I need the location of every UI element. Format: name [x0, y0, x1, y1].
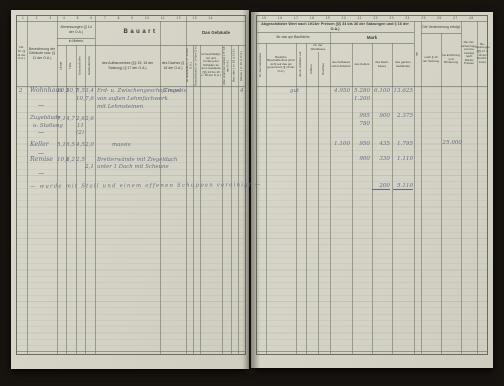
entry-dim: 6,5 — [66, 142, 75, 148]
header-qm-narrow: qm — [414, 21, 421, 86]
entry-klasse-mark: 4 — [240, 88, 243, 94]
header-mark-keller: des Kellers — [352, 43, 372, 86]
entry-dim: 4,7 — [66, 116, 75, 122]
entry-dim: 6,5 — [76, 88, 84, 94]
header-bauart: Bauart — [95, 21, 186, 45]
entry-bauart-line3: mit Lehmsteinen — [97, 104, 143, 110]
header-erhoehung-minderung: bei Erhöhung und Minderung — [441, 33, 461, 86]
entry-wert: 900 — [352, 156, 370, 162]
entry-dim: 4,5 — [76, 142, 84, 148]
entry-dach-ziegel: Ziegel — [164, 88, 181, 94]
entry-wert: 5.280 — [352, 88, 370, 94]
header-klasse: Klasse (§ 18 d. O.A.) — [238, 45, 246, 86]
entry-dim: 10,1 — [57, 157, 65, 163]
header-bezeichnung: Bezeichnung der Gebäude usw. (§ 11 der O… — [27, 21, 57, 86]
entry-dim: 10, — [76, 96, 84, 102]
header-mark-aufbau: des Aufbaues nebst Zubehör — [330, 43, 352, 86]
entry-bauart-line2: unter 1 Dach mit Scheune — [97, 164, 169, 170]
entry-dim: 10,7 — [66, 88, 75, 94]
entry-wert-gesamt: 1.110 — [393, 156, 413, 162]
header-mark: Mark — [330, 32, 414, 43]
header-abmessungen: Abmessungen (§ 14 der O.A.) — [57, 21, 95, 38]
entry-ditto: — — [38, 170, 44, 177]
header-wertklasse: Nr. der Wertklasse — [306, 43, 330, 52]
entry-bauart-line1: Bretterwände mit Ziegeldach — [97, 157, 177, 163]
ledger-scan: 1 2 3 4 5 6 7 8 9 10 11 12 13 14 Lfd. Nr… — [0, 0, 504, 386]
entry-dim: (2) — [76, 130, 84, 136]
header-geschosshoehe: Geschoßhöhe — [76, 45, 85, 86]
header-alter: Alter (Zahl der Jahre) (§ 18 der O.A.) — [222, 45, 231, 86]
header-dach: des Daches (§ 16 der O.A.) — [160, 45, 186, 86]
header-baujahr: Bau- jahr (§ 18 d. O.A.) — [231, 45, 238, 86]
header-wertklasse-aufbau: Aufbau — [306, 52, 318, 86]
entry-name-keller: Keller — [30, 141, 49, 148]
header-nr-gebaeude: Nr. des Gebäudes — [256, 43, 266, 86]
entry-dim: 2,5 — [76, 157, 84, 163]
entry-name-remise: Remise — [30, 156, 53, 163]
entry-wert: 900 — [372, 113, 390, 119]
header-gebaeudehoehe: Gebäudehöhe — [85, 45, 95, 86]
header-unterkellert: ist unterkellert (§ 14 der O.A.) — [186, 45, 193, 86]
header-abgeschaetzter-wert: Abgeschätzter Wert nach 1914er Preisen (… — [256, 21, 414, 32]
entry-versicherungssumme: 25.000 — [442, 140, 462, 146]
entry-wert-gesamt: 1.795 — [393, 141, 413, 147]
entry-dim: 5,1 — [57, 142, 65, 148]
entry-wert: 1.100 — [332, 141, 350, 147]
header-lfd-nr: Lfd. Nr. (§ 11 der O.A.) — [16, 21, 27, 86]
entry-dim: 2,1 — [85, 164, 94, 170]
header-qm-bauflaeche: für das qm Baufläche — [256, 32, 330, 43]
entry-bauart-massiv: massiv — [112, 142, 131, 148]
ledger-ruling — [257, 87, 487, 351]
entry-wert: 995 — [352, 113, 370, 119]
header-bemerkungen: Be- merkungen (§§ 17 u. 19 der Durchf.- … — [477, 21, 488, 86]
entry-dach-mark: — — [167, 158, 172, 164]
entry-dim: 3,4 — [85, 88, 94, 94]
entry-dim: 2,6 — [76, 116, 84, 122]
header-das-gebaeude: Das Gebäude — [186, 21, 246, 45]
entry-zustand-gut: gut — [290, 88, 299, 94]
entry-dim: 2,0 — [85, 142, 94, 148]
header-davon-entfallen: davon entfallen auf — [296, 43, 306, 86]
header-in-metern: in Metern — [57, 38, 95, 45]
header-wertklasse-dachbau: Dachbau — [318, 52, 330, 86]
entry-lfd-nr: 2 — [19, 88, 22, 94]
entry-wert: 780 — [352, 121, 370, 127]
entry-wert-gesamt: 13.625 — [393, 88, 413, 94]
entry-bauart-line2: von außen Lehmfachwerk — [97, 96, 168, 102]
header-laenge: Länge — [57, 45, 66, 86]
entry-dim: 6,2 — [66, 157, 75, 163]
entry-wert: 4.950 — [332, 88, 350, 94]
entry-wert: 950 — [352, 141, 370, 147]
header-versicherung-erfolgt: Die Versicherung erfolgt — [421, 21, 461, 33]
entry-dim: 7,6 — [85, 96, 94, 102]
entry-dim: 10,5 — [57, 88, 65, 94]
header-mark-ganzes-gebaeude: des ganzen Gebäudes — [392, 43, 414, 86]
entry-wert-summe: 200 — [372, 183, 390, 190]
header-tiefe: Tiefe — [66, 45, 76, 86]
entry-dim: 2,6 — [85, 116, 94, 122]
header-beschaedigt: ist beschädigt; Art und Umfang der Schäd… — [200, 45, 222, 86]
left-column-numbers: 1 2 3 4 5 6 7 8 9 10 11 12 13 14 — [16, 16, 250, 21]
header-aufbauwerk: des Aufbauwerkes (§§ 15, 16 der Satzung)… — [95, 45, 160, 86]
entry-wert: 330 — [372, 156, 390, 162]
entry-wert-gesamt: 2.375 — [393, 113, 413, 119]
entry-wert: 435 — [372, 141, 390, 147]
entry-wert-summe: 5.110 — [393, 183, 413, 190]
entry-wert: 1.200 — [352, 96, 370, 102]
header-bauliche-beschaffenheit: Bauliche Beschaffenheit (wird nicht auf … — [266, 43, 296, 86]
entry-ditto: — — [38, 102, 44, 109]
header-mark-dachbau: des Dach- baues — [372, 43, 392, 86]
entry-dim: 11 — [76, 123, 84, 129]
entry-dim: 7,1 — [57, 116, 65, 122]
grid-line — [16, 351, 246, 352]
right-column-numbers: 15 16 17 18 19 20 21 22 23 24 25 26 27 2… — [256, 16, 492, 21]
entry-ditto: — — [38, 129, 44, 136]
header-geschosszahl: Geschoßzahl (§ 14 der O.A.) — [193, 45, 200, 86]
entry-wert: 6.100 — [372, 88, 390, 94]
header-nach-satzung: nach § 13 der Satzung — [421, 33, 441, 86]
